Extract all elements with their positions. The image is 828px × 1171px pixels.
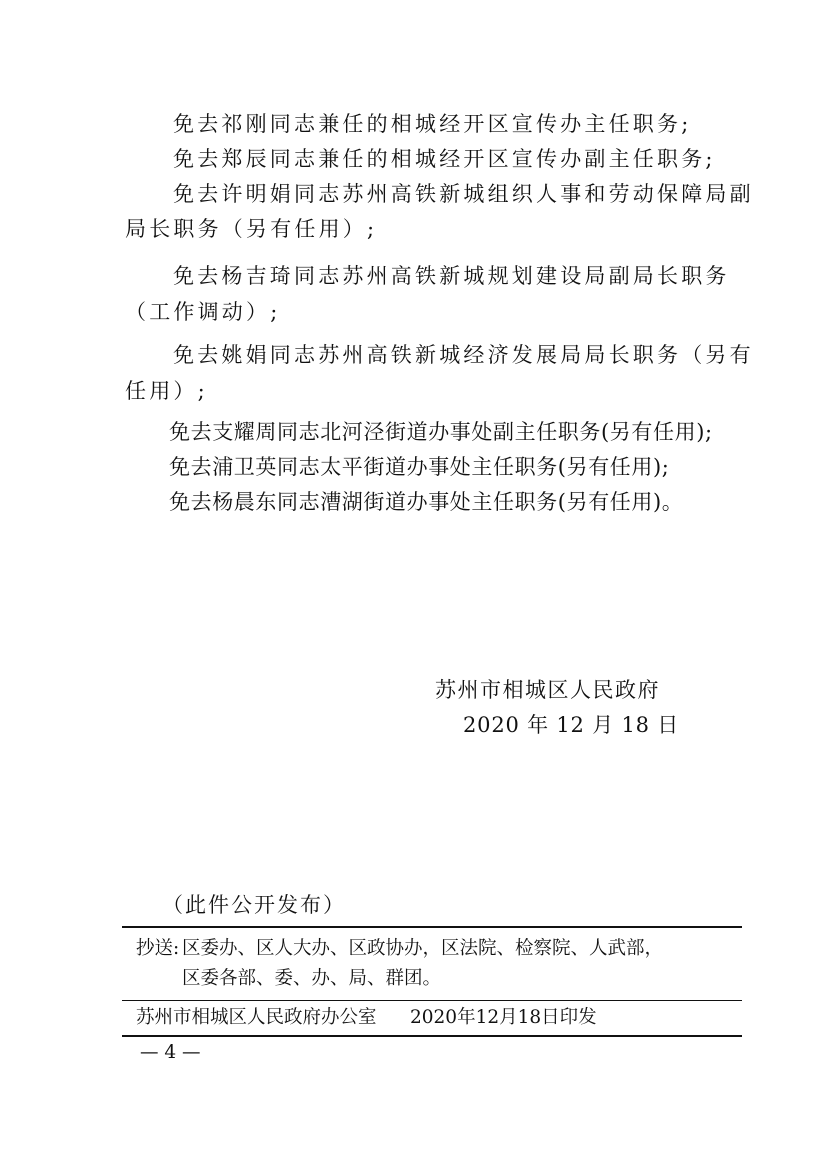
issuer-name: 苏州市相城区人民政府: [435, 678, 660, 702]
page-number: — 4 —: [140, 1042, 201, 1064]
paragraph: 免去祁刚同志兼任的相城经开区宣传办主任职务;: [173, 112, 691, 136]
paragraph-continuation: （工作调动）;: [125, 300, 280, 324]
paragraph: 免去郑辰同志兼任的相城经开区宣传办副主任职务;: [173, 147, 716, 171]
cc-recipients-line2: 区委各部、委、办、局、群团。: [182, 968, 441, 990]
divider-top: [122, 926, 742, 928]
divider-bottom: [122, 1035, 742, 1037]
paragraph: 免去杨晨东同志漕湖街道办事处主任职务(另有任用)。: [169, 490, 683, 514]
public-release-note: （此件公开发布）: [162, 893, 346, 917]
paragraph: 免去姚娟同志苏州高铁新城经济发展局局长职务（另有: [173, 343, 754, 367]
paragraph: 免去支耀周同志北河泾街道办事处副主任职务(另有任用);: [169, 420, 713, 444]
cc-label: 抄送:: [136, 938, 179, 960]
cc-recipients-line1: 区委办、区人大办、区政协办，区法院、检察院、人武部，: [182, 938, 663, 960]
issuing-office: 苏州市相城区人民政府办公室: [136, 1007, 377, 1029]
issue-date: 2020 年 12 月 18 日: [463, 713, 679, 737]
paragraph: 免去浦卫英同志太平街道办事处主任职务(另有任用);: [169, 455, 669, 479]
paragraph-continuation: 任用）;: [125, 379, 208, 403]
print-date: 2020年12月18日印发: [410, 1007, 597, 1029]
paragraph: 免去许明娟同志苏州高铁新城组织人事和劳动保障局副: [173, 182, 754, 206]
paragraph: 免去杨吉琦同志苏州高铁新城规划建设局副局长职务: [173, 264, 730, 288]
paragraph-continuation: 局长职务（另有任用）;: [125, 217, 377, 241]
divider-middle: [122, 1000, 742, 1001]
